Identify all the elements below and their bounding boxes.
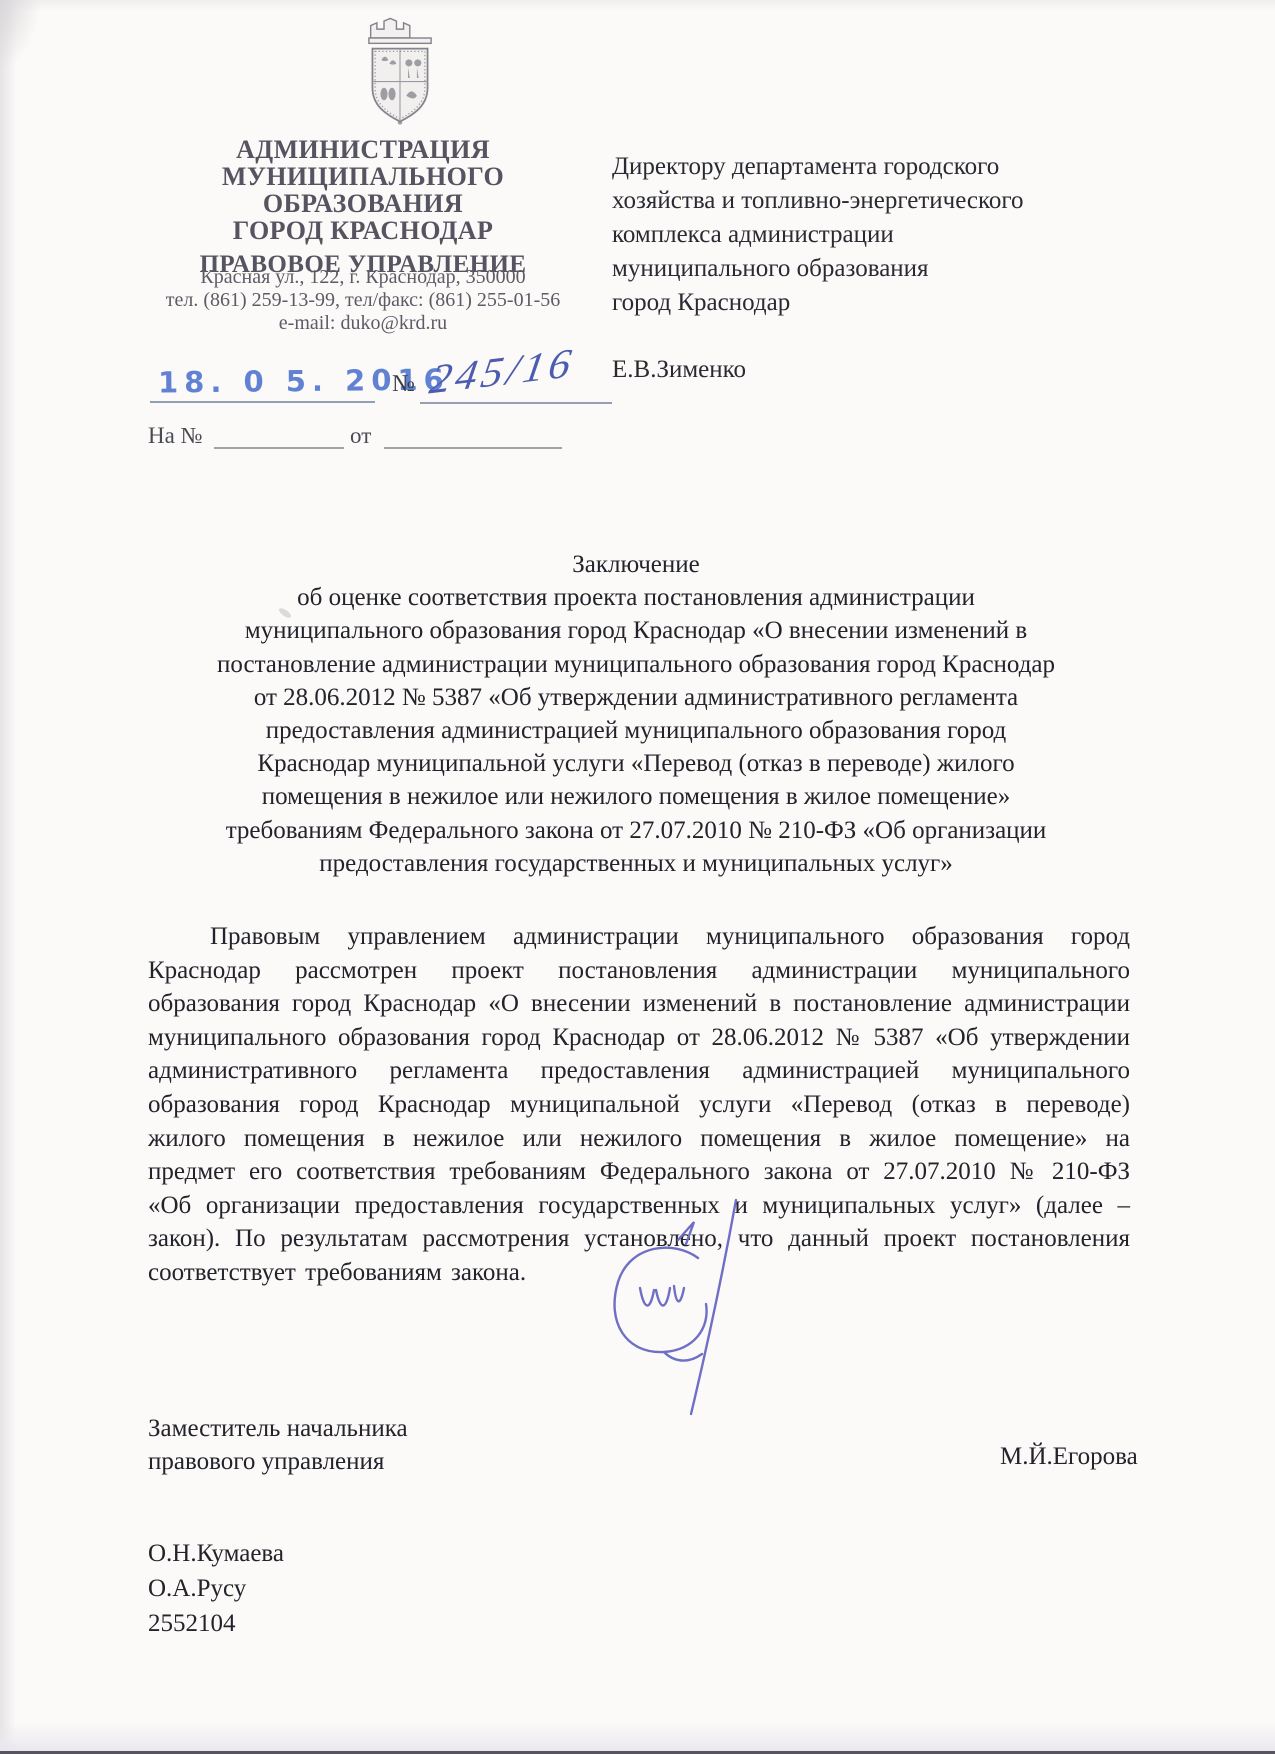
letterhead-contacts-block: Красная ул., 122, г. Краснодар, 350000 т… [128, 266, 598, 335]
recipient-line: хозяйства и топливно-энергетического [612, 184, 1072, 218]
krasnodar-coat-of-arms-icon [360, 14, 440, 131]
signer-position-line: Заместитель начальника [148, 1412, 408, 1445]
recipient-line: муниципального образования [612, 252, 1072, 286]
letterhead-phones: тел. (861) 259-13-99, тел/факс: (861) 25… [128, 289, 598, 312]
number-underline [420, 402, 612, 404]
incoming-number-underline [214, 447, 344, 449]
scan-edge-bottom [0, 1723, 1275, 1751]
letterhead-org-line1: АДМИНИСТРАЦИЯ [148, 136, 578, 163]
title-line: Заключение [130, 548, 1142, 581]
date-underline [150, 401, 375, 403]
incoming-date-underline [384, 447, 562, 449]
recipient-line: город Краснодар [612, 286, 1072, 320]
executor-name: О.А.Русу [148, 1571, 284, 1606]
letterhead-email: e-mail: duko@krd.ru [128, 312, 598, 335]
recipient-name: Е.В.Зименко [612, 356, 746, 384]
executors-block: О.Н.Кумаева О.А.Русу 2552104 [148, 1536, 284, 1641]
title-line: об оценке соответствия проекта постановл… [130, 581, 1142, 614]
scan-edge-corner [0, 0, 40, 70]
scanned-letter-page: АДМИНИСТРАЦИЯ МУНИЦИПАЛЬНОГО ОБРАЗОВАНИЯ… [0, 0, 1275, 1754]
handwritten-number: 245/16 [426, 340, 578, 405]
signer-position: Заместитель начальника правового управле… [148, 1412, 408, 1478]
title-line: помещения в нежилое или нежилого помещен… [130, 780, 1142, 813]
title-line: от 28.06.2012 № 5387 «Об утверждении адм… [130, 681, 1142, 714]
number-label: № [392, 371, 415, 398]
incoming-from-label: от [350, 423, 371, 449]
incoming-number-label: На № [148, 423, 203, 449]
letterhead-org-line2: МУНИЦИПАЛЬНОГО ОБРАЗОВАНИЯ [148, 163, 578, 217]
recipient-line: комплекса администрации [612, 218, 1072, 252]
title-line: предоставления государственных и муницип… [130, 847, 1142, 880]
executor-phone: 2552104 [148, 1606, 284, 1641]
recipient-block: Директору департамента городского хозяйс… [612, 150, 1072, 320]
title-line: Краснодар муниципальной услуги «Перевод … [130, 747, 1142, 780]
title-line: требованиям Федерального закона от 27.07… [130, 814, 1142, 847]
letterhead-address: Красная ул., 122, г. Краснодар, 350000 [128, 266, 598, 289]
signer-name: М.Й.Егорова [1000, 1443, 1138, 1471]
document-title: Заключение об оценке соответствия проект… [130, 548, 1142, 880]
title-line: предоставления администрацией муниципаль… [130, 714, 1142, 747]
signer-position-line: правового управления [148, 1445, 408, 1478]
executor-name: О.Н.Кумаева [148, 1536, 284, 1571]
letterhead-org-block: АДМИНИСТРАЦИЯ МУНИЦИПАЛЬНОГО ОБРАЗОВАНИЯ… [148, 136, 578, 278]
title-line: муниципального образования город Краснод… [130, 614, 1142, 647]
recipient-line: Директору департамента городского [612, 150, 1072, 184]
title-line: постановление администрации муниципально… [130, 648, 1142, 681]
letterhead-org-line3: ГОРОД КРАСНОДАР [148, 217, 578, 244]
ink-signature [578, 1196, 788, 1421]
scan-edge-top [0, 0, 1275, 12]
scan-edge-left [0, 0, 16, 1754]
